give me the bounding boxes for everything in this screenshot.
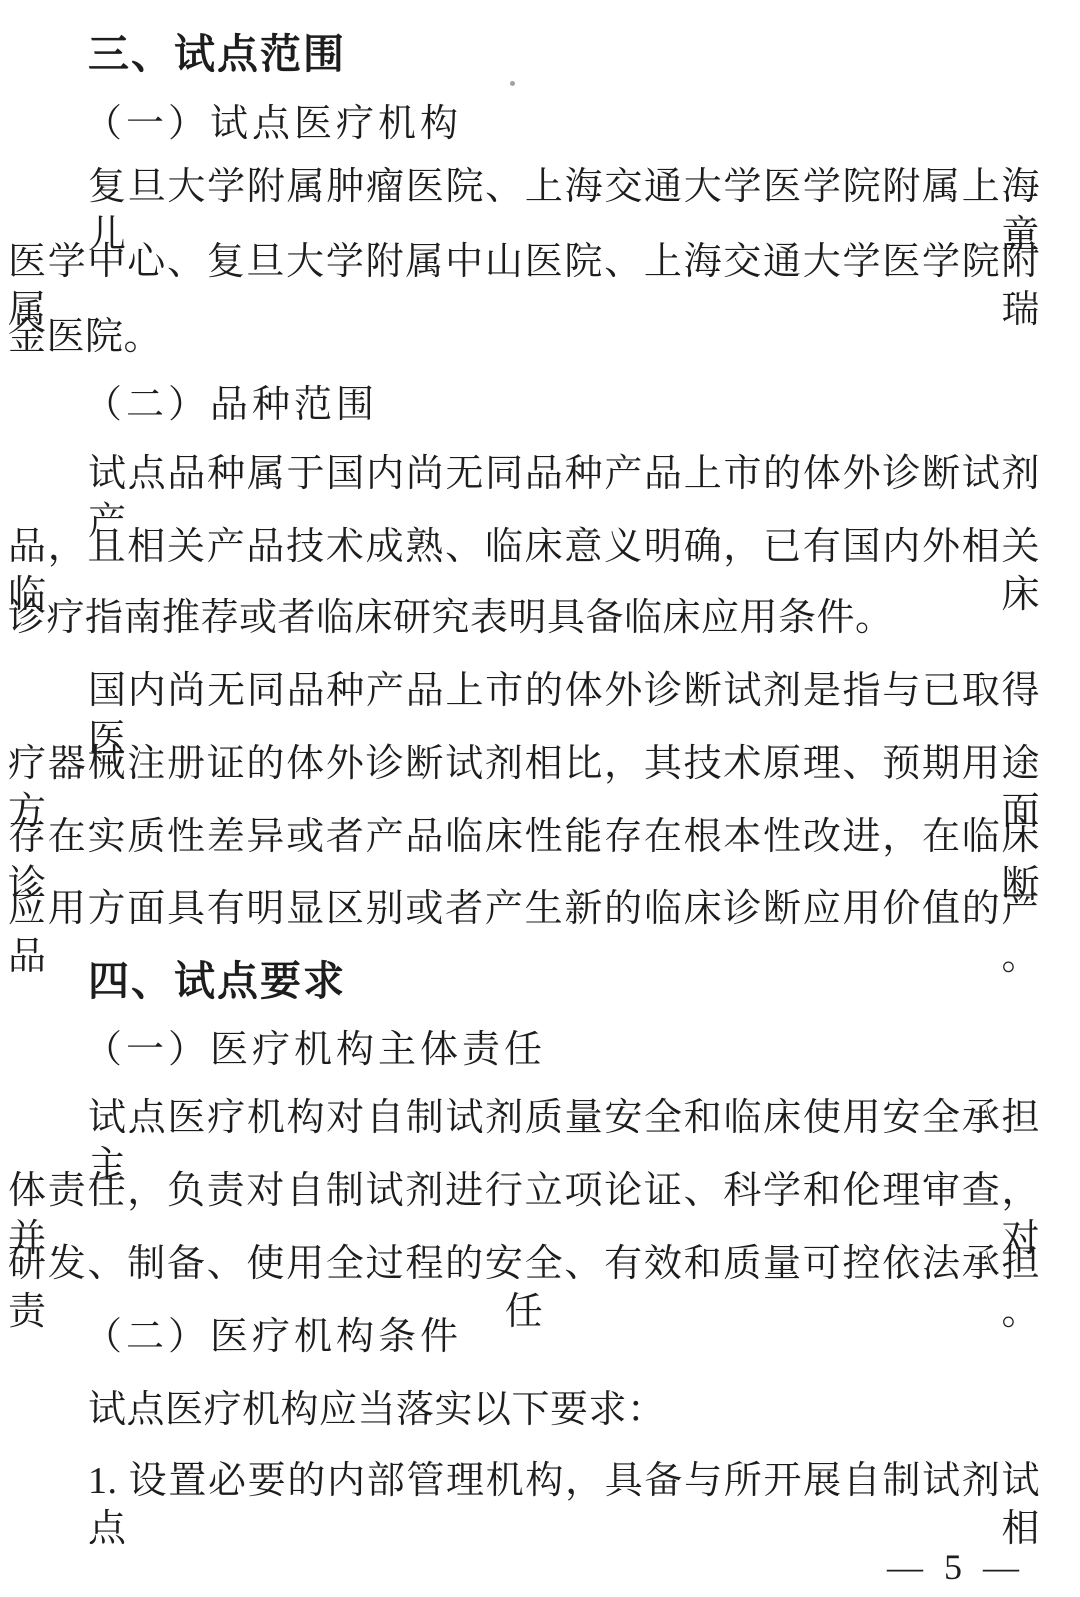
section-4-heading: 四、试点要求 — [88, 957, 1040, 1005]
section-3-subsection-1-heading: （一）试点医疗机构 — [84, 100, 1040, 148]
body-line: 1. 设置必要的内部管理机构，具备与所开展自制试剂试点相 — [88, 1457, 1040, 1553]
body-line: 诊疗指南推荐或者临床研究表明具备临床应用条件。 — [8, 594, 1040, 642]
section-4-subsection-1-heading: （一）医疗机构主体责任 — [84, 1026, 1040, 1074]
section-4-subsection-2-heading: （二）医疗机构条件 — [84, 1313, 1040, 1361]
body-line: 试点医疗机构应当落实以下要求： — [88, 1386, 1040, 1434]
section-3-heading: 三、试点范围 — [88, 30, 1040, 78]
section-3-subsection-2-heading: （二）品种范围 — [84, 381, 1040, 429]
document-page: 三、试点范围 （一）试点医疗机构 复旦大学附属肿瘤医院、上海交通大学医学院附属上… — [0, 0, 1080, 1597]
scan-speck — [510, 81, 515, 86]
body-line: 金医院。 — [8, 313, 1040, 361]
page-number: — 5 — — [887, 1545, 1025, 1589]
